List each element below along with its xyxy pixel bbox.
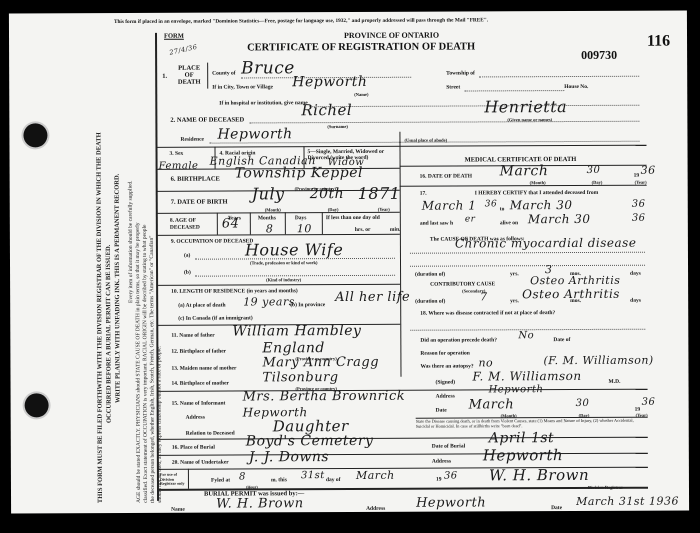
- informant-value[interactable]: Mrs. Bertha Brownrick: [243, 389, 406, 405]
- last-saw-label: and last saw h: [420, 221, 453, 227]
- operation-value[interactable]: No: [518, 330, 534, 341]
- contributory-label: CONTRIBUTORY CAUSE: [430, 281, 495, 287]
- name-line: [249, 121, 639, 124]
- birthplace-value[interactable]: Township Keppel: [235, 165, 363, 182]
- street-line: [464, 90, 564, 91]
- date-of-death-month[interactable]: March: [500, 163, 549, 179]
- cause-line: [410, 252, 645, 254]
- age-div-4: [322, 212, 323, 234]
- section-divider-5: [157, 234, 400, 236]
- alive-on-year[interactable]: 36: [632, 213, 646, 224]
- certify-to[interactable]: March 30: [510, 198, 573, 212]
- age-div-2: [250, 212, 251, 234]
- operation-date-label: Date of: [553, 337, 570, 343]
- occupation-label: 9. OCCUPATION OF DECEASED: [171, 238, 253, 244]
- medical-footnote: State the Disease causing death, or in d…: [416, 418, 648, 429]
- city-caption: (Name): [354, 92, 368, 97]
- residence-province-value[interactable]: All her life: [335, 290, 410, 305]
- place-of-death-label: PLACE OF DEATH: [175, 65, 203, 86]
- section-divider-1: [156, 145, 646, 148]
- date-of-death-year[interactable]: 36: [641, 164, 656, 177]
- father-name-value[interactable]: William Hambley: [232, 323, 361, 340]
- certify-from[interactable]: March 1: [422, 198, 477, 212]
- age-days-label: Days: [295, 215, 307, 221]
- death-certificate-page: THIS FORM MUST BE FILED FORTHWITH WITH T…: [9, 11, 689, 514]
- sex-label: 3. Sex: [170, 151, 184, 157]
- reason-label: Reason for operation: [420, 350, 469, 356]
- stamp-date: 27/4/36: [169, 43, 199, 57]
- age-label: 8. AGE OF DECEASED: [170, 218, 215, 232]
- section-divider-4: [157, 212, 400, 214]
- alive-on-value[interactable]: March 30: [528, 212, 591, 226]
- registration-number: 009730: [581, 48, 617, 63]
- filed-side-label: For use of Division Registrar only: [160, 473, 186, 487]
- relation-label: Relation to Deceased: [186, 431, 235, 437]
- birthplace-label: 6. BIRTHPLACE: [171, 176, 220, 183]
- punch-hole-bottom: [25, 393, 49, 417]
- age-div-3: [285, 212, 286, 234]
- filed-m-label: m. this: [271, 477, 287, 483]
- signed-address[interactable]: Hepworth: [489, 384, 544, 395]
- signed-label: (Signed): [436, 380, 456, 386]
- contracted-label: 18. Where was disease contracted if not …: [420, 310, 555, 317]
- burial-place-value[interactable]: Boyd's Cemetery: [246, 433, 374, 450]
- certify-text: I HEREBY CERTIFY that I attended decease…: [475, 190, 599, 197]
- burial-date-value[interactable]: April 1st: [489, 430, 554, 446]
- place-divider: [207, 63, 208, 89]
- mother-maiden-label: 13. Maiden name of mother: [171, 365, 236, 371]
- undertaker-address[interactable]: Hepworth: [483, 446, 563, 464]
- township-label: Township of: [446, 70, 475, 76]
- dob-day[interactable]: 20th: [310, 186, 345, 202]
- operation-label: Did an operation precede death?: [420, 337, 497, 343]
- form-label: FORM: [164, 33, 184, 40]
- undertaker-label: 20. Name of Undertaker: [172, 460, 229, 466]
- punch-hole-top: [23, 123, 47, 147]
- section-divider-6: [157, 284, 400, 286]
- top-notice: This form if placed in an envelope, mark…: [114, 17, 488, 25]
- undertaker-value[interactable]: J. J. Downs: [249, 449, 329, 465]
- signed-year[interactable]: 36: [642, 397, 656, 408]
- last-saw-value[interactable]: er: [465, 214, 476, 224]
- given-names-value[interactable]: Henrietta: [484, 97, 567, 116]
- contrib-mos-label: mos.: [570, 298, 581, 304]
- certify-to-year[interactable]: 36: [632, 199, 646, 210]
- hospital-line: [309, 105, 639, 107]
- contrib-duration-yrs[interactable]: 7: [480, 290, 488, 303]
- certify-from-year[interactable]: 36: [485, 199, 497, 209]
- filed-day[interactable]: 31st: [301, 470, 325, 481]
- residence-a-label: (a) At place of death: [178, 303, 225, 309]
- dob-year[interactable]: 1871: [358, 184, 401, 203]
- surname-value[interactable]: Richel: [301, 101, 352, 119]
- dob-month[interactable]: July: [252, 184, 285, 203]
- occupation-a-value[interactable]: House Wife: [245, 240, 343, 259]
- city-value[interactable]: Hepworth: [292, 74, 367, 90]
- date-of-death-day[interactable]: 30: [587, 165, 601, 176]
- burial-permit-address[interactable]: Hepworth: [416, 495, 486, 510]
- burial-date-label: Date of Burial: [432, 443, 465, 449]
- signed-date-label: Date: [436, 408, 447, 414]
- medical-left-border: [399, 132, 401, 377]
- age-min-label: min.: [390, 227, 401, 233]
- contrib-yrs-label: yrs.: [510, 298, 519, 304]
- informant-label: 15. Name of Informant: [172, 401, 226, 407]
- undertaker-address-label: Address: [432, 459, 451, 465]
- name-label: 2. NAME OF DECEASED: [170, 116, 244, 123]
- township-line: [479, 76, 639, 78]
- burial-permit-address-label: Address: [366, 506, 385, 512]
- date-of-death-label: 16. DATE OF DEATH: [420, 173, 472, 179]
- residence-province-label: (b) In province: [290, 302, 325, 308]
- contrib-duration-label: (duration of): [415, 299, 445, 305]
- section-divider-10: [158, 453, 648, 456]
- certificate-title: CERTIFICATE OF REGISTRATION OF DEATH: [247, 41, 475, 53]
- filed-month[interactable]: March: [356, 469, 395, 482]
- residence-value[interactable]: Hepworth: [217, 126, 292, 142]
- signed-value[interactable]: F. M. Williamson: [472, 369, 581, 383]
- occupation-a-label: (a): [184, 253, 190, 259]
- cause-value[interactable]: Chronic myocardial disease: [455, 236, 637, 251]
- filed-year-prefix: 19: [436, 477, 442, 483]
- age-years-value[interactable]: 64: [222, 216, 240, 231]
- occupation-b-caption: (Kind of industry): [266, 277, 301, 282]
- city-label: If in City, Town or Village: [212, 84, 273, 90]
- residence-a-value[interactable]: 19 years: [243, 295, 295, 308]
- contributory-value[interactable]: Osteo Arthritis: [530, 274, 620, 287]
- filed-hour[interactable]: 8: [239, 471, 246, 482]
- burial-place-label: 16. Place of Burial: [172, 445, 215, 451]
- hospital-label: If in hospital or institution, give name: [219, 100, 307, 106]
- father-birthplace-label: 12. Birthplace of father: [171, 349, 226, 355]
- age-div-1: [217, 213, 218, 235]
- age-months-label: Months: [258, 215, 276, 221]
- signed-month[interactable]: March: [469, 397, 515, 412]
- sex-value[interactable]: Female: [159, 161, 199, 172]
- page-number: 116: [647, 33, 670, 51]
- registrar-signature[interactable]: W. H. Brown: [489, 466, 589, 484]
- surname-caption: (Surname): [327, 124, 348, 129]
- filed-day-label: day of: [326, 477, 341, 483]
- margin-line-3: WRITE PLAINLY WITH UNFADING INK. THIS IS…: [112, 132, 123, 503]
- autopsy-note: (F. M. Williamson): [543, 354, 653, 367]
- occupation-b-label: (b): [184, 270, 191, 276]
- signed-suffix: M.D.: [609, 379, 621, 385]
- certify-num: 17.: [420, 191, 427, 197]
- residence-length-label: 10. LENGTH OF RESIDENCE (in years and mo…: [171, 288, 298, 295]
- mother-birthplace-label: 14. Birthplace of mother: [172, 381, 229, 387]
- mother-birthplace-value[interactable]: Tilsonburg: [262, 370, 338, 385]
- age-less-label: If less than one day old: [326, 215, 380, 221]
- place-of-death-num: 1.: [162, 73, 167, 80]
- contrib-days-label: days: [630, 298, 641, 304]
- residence-canada-label: (c) In Canada (if an immigrant): [178, 315, 252, 321]
- burial-permit-name[interactable]: W. H. Brown: [216, 496, 304, 511]
- signed-address-label: Address: [436, 394, 455, 400]
- cause-line-2: [410, 265, 645, 267]
- duration-label: (duration of): [415, 272, 445, 278]
- age-hrs-label: hrs. or: [355, 227, 371, 233]
- county-value[interactable]: Bruce: [241, 58, 295, 78]
- burial-permit-name-label: Name: [171, 507, 185, 513]
- father-birthplace-value[interactable]: England: [262, 340, 325, 356]
- certify-to-label: to: [500, 206, 505, 212]
- mother-maiden-value[interactable]: Mary Ann Cragg: [262, 355, 379, 371]
- burial-permit-date-label: Date: [551, 505, 562, 511]
- residence-label: Residence: [180, 137, 204, 143]
- street-label: Street: [446, 85, 460, 91]
- house-label: House No.: [564, 84, 588, 90]
- province-title: PROVINCE OF ONTARIO: [344, 31, 439, 40]
- duration-yrs-label: yrs.: [510, 271, 519, 277]
- father-name-label: 11. Name of father: [171, 333, 214, 339]
- margin-instructions: THIS FORM MUST BE FILED FORTHWITH WITH T…: [94, 132, 123, 503]
- signed-day[interactable]: 30: [576, 398, 590, 409]
- filed-divider: [188, 469, 189, 489]
- duration-days-label: days: [630, 271, 641, 277]
- autopsy-label: Was there an autopsy?: [420, 363, 473, 369]
- filed-year[interactable]: 36: [444, 471, 458, 482]
- county-label: County of: [212, 70, 235, 76]
- occupation-a-caption: (Trade, profession or kind of work): [250, 260, 318, 265]
- date-of-death-year-prefix: 19: [634, 173, 640, 179]
- section-divider-9: [158, 437, 648, 440]
- medical-divider-2: [400, 185, 647, 187]
- dob-label: 7. DATE OF BIRTH: [171, 199, 228, 206]
- informant-address-label: Address: [186, 415, 205, 421]
- alive-on-label: alive on: [500, 220, 518, 226]
- burial-permit-date[interactable]: March 31st 1936: [576, 495, 679, 508]
- autopsy-value[interactable]: no: [478, 356, 493, 369]
- filed-label: Fyled at: [211, 478, 230, 484]
